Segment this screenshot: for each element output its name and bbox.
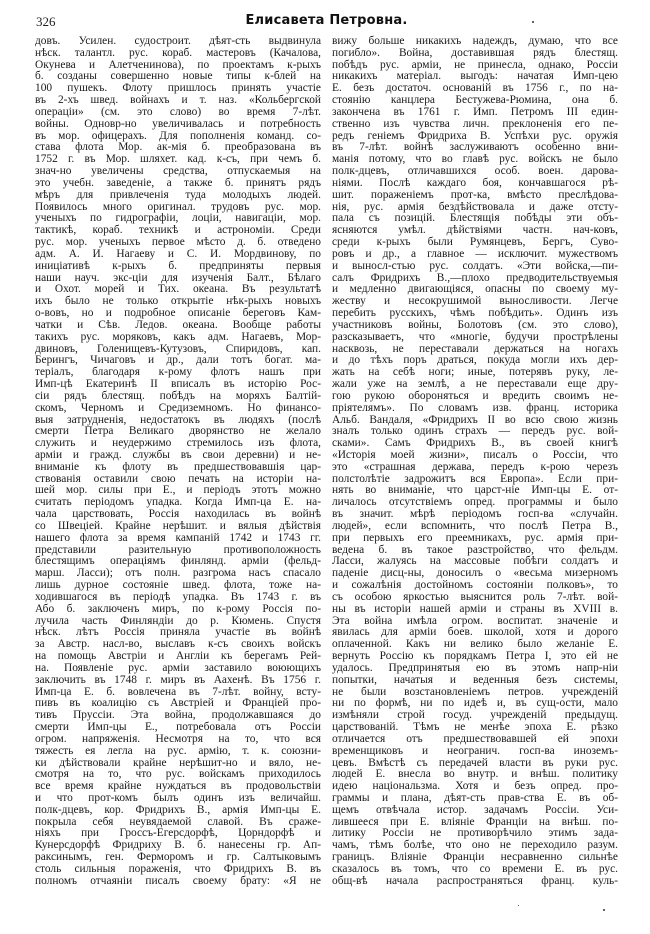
text-line: при первыхъ его преемникахъ, рус. армія … bbox=[332, 533, 618, 545]
text-line: попытки, начатыя и веденныя безъ системы… bbox=[332, 675, 618, 687]
text-line: шит. пораженіемъ прот-ка, вмѣсто преслѣд… bbox=[332, 190, 618, 202]
text-line: нѣск. талантл. рус. кораб. мастеровъ (Ка… bbox=[35, 48, 321, 60]
text-line: это «страшная держава, передъ к-рою чере… bbox=[332, 462, 618, 474]
text-line: сіи рядъ блестящ. побѣдъ на моряхъ Балті… bbox=[35, 391, 321, 403]
text-line: гою рукою обороняться и вредить своимъ н… bbox=[332, 391, 618, 403]
text-line: иниціативѣ к-рыхъ б. предприняты первыя bbox=[35, 261, 321, 273]
text-line: войны. Одновр-но увеличивалась и потребн… bbox=[35, 119, 321, 131]
text-line: мѣръ для привлеченія туда молодыхъ людей… bbox=[35, 190, 321, 202]
page-header: 326 Елисавета Петровна. bbox=[36, 14, 617, 30]
text-line: это учебн. заведеніе, а также б. принятъ… bbox=[35, 178, 321, 190]
scan-speck bbox=[532, 21, 534, 23]
text-line: полк-дцевъ, кор. Фридрихъ В., армія Имп-… bbox=[35, 805, 321, 817]
text-line: съ особою яркостью выяснится роль 7-лѣт.… bbox=[332, 592, 618, 604]
text-line: ніями. Послѣ каждаго боя, кончавшагося р… bbox=[332, 178, 618, 190]
text-line: погибло». Война, доставившая рядъ блестя… bbox=[332, 48, 618, 60]
text-line: и выносл-стью рус. солдатъ. «Эти войска,… bbox=[332, 261, 618, 273]
text-line: скомъ, Черномъ и Средиземномъ. Но финанс… bbox=[35, 403, 321, 415]
text-line: отличается отъ предшествовавшей ей эпохи bbox=[332, 734, 618, 746]
text-line: ственно изъ чувства личн. преклоненія ег… bbox=[332, 119, 618, 131]
text-line: заключить въ 1748 г. миръ въ Аахенѣ. Въ … bbox=[35, 675, 321, 687]
text-line: ны въ исторіи нашей арміи и страны въ XV… bbox=[332, 604, 618, 616]
text-line: со Швеціей. Крайне нерѣшит. и вялыя дѣйс… bbox=[35, 521, 321, 533]
text-line: общ-вѣ начала распространяться франц. ку… bbox=[332, 876, 618, 888]
text-line: пріятелямъ». По словамъ изв. франц. исто… bbox=[332, 403, 618, 415]
text-line: такихъ рус. моряковъ, какъ адм. Нагаевъ,… bbox=[35, 332, 321, 344]
text-line: чатки и Сѣв. Ледов. океана. Вообще работ… bbox=[35, 320, 321, 332]
text-line: удалось. Предпринятыя ею въ этомъ напр-н… bbox=[332, 663, 618, 675]
text-column-left: довъ. Усилен. судостроит. дѣят-сть выдви… bbox=[35, 36, 321, 888]
text-line: на. Появленіе рус. арміи заставило воюющ… bbox=[35, 663, 321, 675]
text-line: полномъ отчаяніи писалъ своему брату: «Я… bbox=[35, 876, 321, 888]
text-line: разсказываетъ, что «многіе, будучи прост… bbox=[332, 332, 618, 344]
text-line: щемъ отвѣчала истор. задачамъ Россіи. Ус… bbox=[332, 805, 618, 817]
text-line: адм. А. И. Нагаеву и С. И. Мордвинову, п… bbox=[35, 249, 321, 261]
scan-speck bbox=[603, 909, 605, 911]
running-title: Елисавета Петровна. bbox=[36, 13, 617, 28]
text-line: людей», если вспомнить, что послѣ Петра … bbox=[332, 521, 618, 533]
text-line: тяжесть ея легла на рус. армію, т. к. со… bbox=[35, 746, 321, 758]
text-line: участниковъ войны, Болотовъ (см. это сло… bbox=[332, 320, 618, 332]
text-line: временщиковъ и неогранич. госп-ва инозем… bbox=[332, 746, 618, 758]
text-column-right: вижу больше никакихъ надеждъ, думаю, что… bbox=[332, 36, 618, 888]
scan-speck bbox=[518, 905, 519, 906]
text-line: ходившагося въ періодѣ упадка. Въ 1743 г… bbox=[35, 592, 321, 604]
text-line: нашего флота за время кампаній 1742 и 17… bbox=[35, 533, 321, 545]
text-line: Або б. заключенъ миръ, по к-рому Россія … bbox=[35, 604, 321, 616]
text-line: вниманіе къ флоту въ предшествовавшія ца… bbox=[35, 462, 321, 474]
text-line: огром. напряженія. Несмотря на то, что в… bbox=[35, 734, 321, 746]
text-line: ровъ и др., а главное — исключит. мужест… bbox=[332, 249, 618, 261]
